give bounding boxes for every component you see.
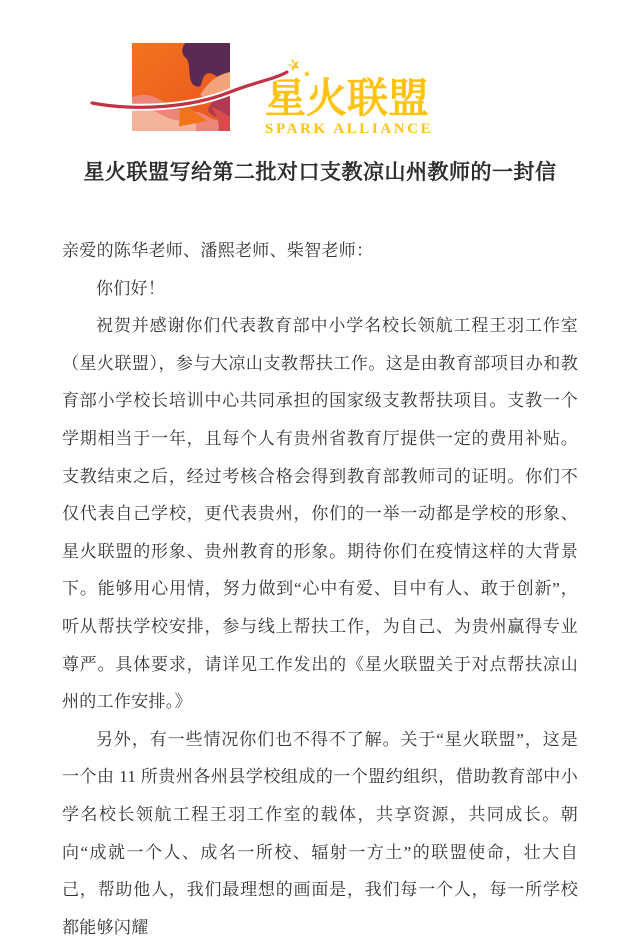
- logo-chinese-name: 星火联盟: [265, 78, 433, 119]
- letter-paragraph-2: 另外，有一些情况你们也不得不了解。关于“星火联盟”，这是一个由 11 所贵州各州…: [62, 721, 578, 946]
- letter-title: 星火联盟写给第二批对口支教凉山州教师的一封信: [0, 156, 640, 186]
- letter-greeting: 你们好！: [62, 270, 578, 308]
- letter-paragraph-1: 祝贺并感谢你们代表教育部中小学名校长领航工程王羽工作室（星火联盟），参与大凉山支…: [62, 307, 578, 721]
- logo-english-name: SPARK ALLIANCE: [265, 122, 433, 137]
- logo-wordmark: 星火联盟 SPARK ALLIANCE: [265, 43, 433, 137]
- letter-salutation: 亲爱的陈华老师、潘熙老师、柴智老师：: [62, 232, 578, 270]
- document-page: 星火联盟 SPARK ALLIANCE 星火联盟写给第二批对口支教凉山州教师的一…: [0, 0, 640, 946]
- logo-artwork-image: [132, 43, 230, 131]
- letter-body: 亲爱的陈华老师、潘熙老师、柴智老师： 你们好！ 祝贺并感谢你们代表教育部中小学名…: [62, 232, 578, 946]
- spark-alliance-logo: 星火联盟 SPARK ALLIANCE: [132, 43, 442, 131]
